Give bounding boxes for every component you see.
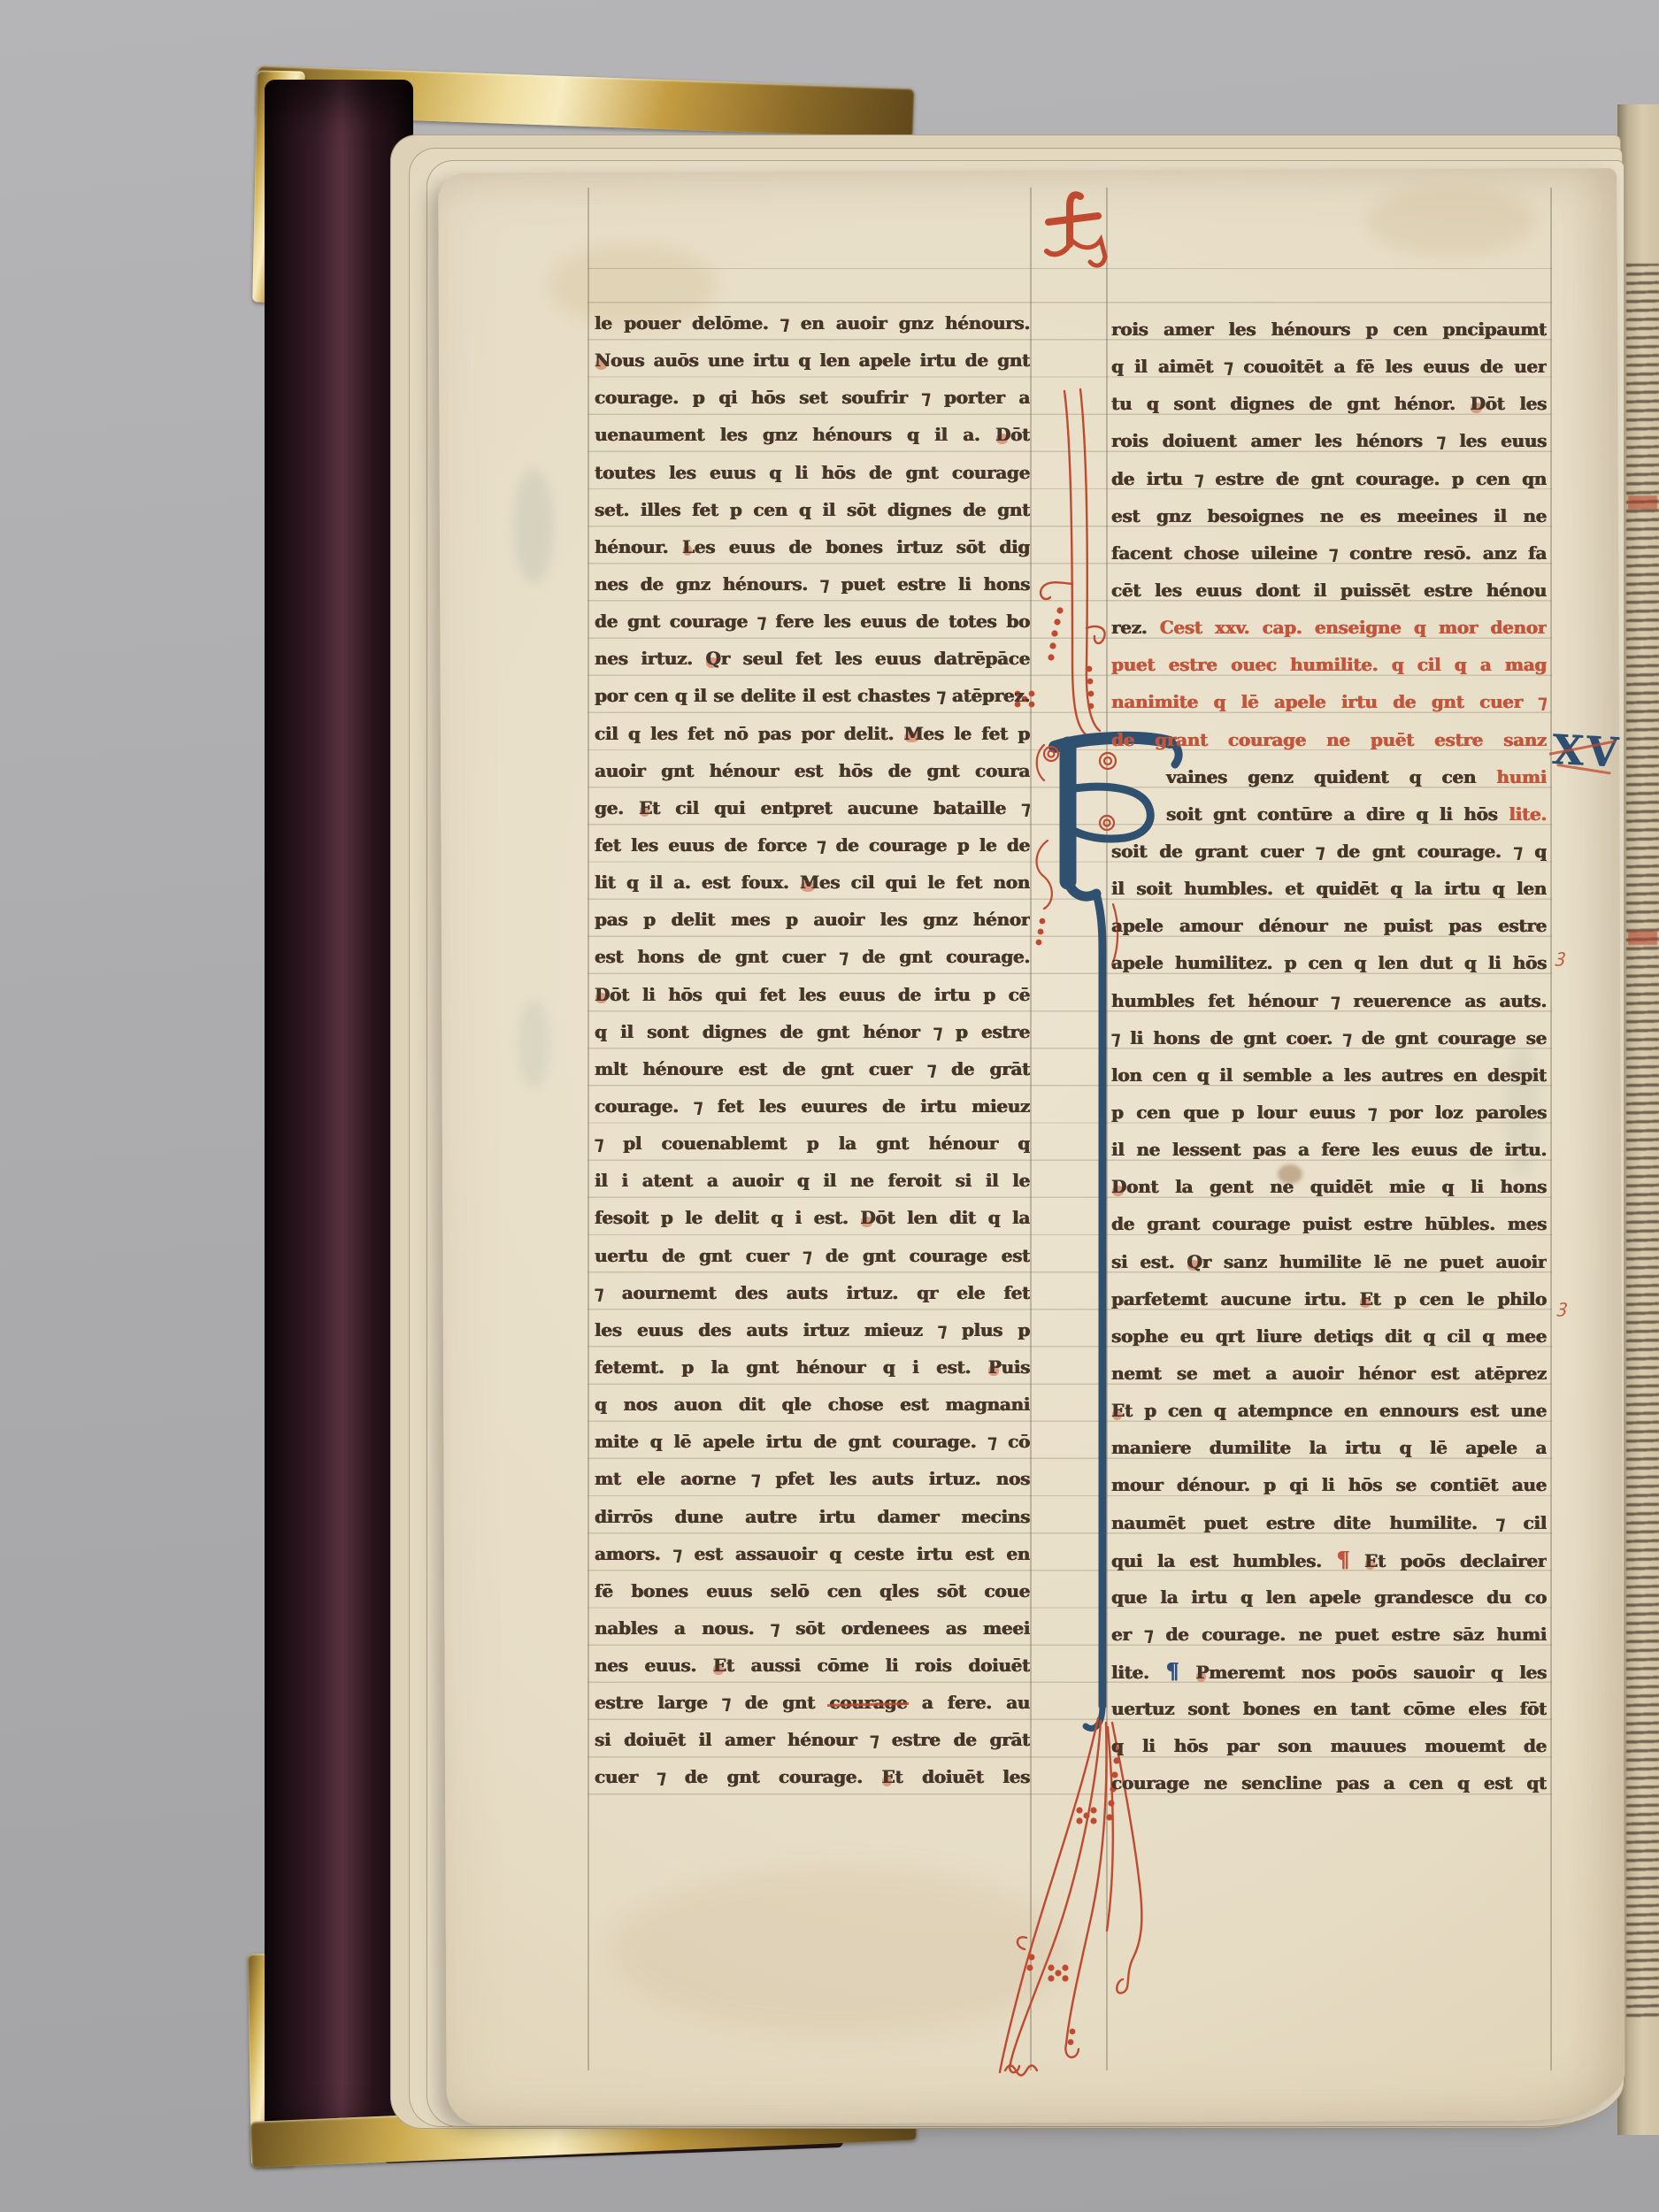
text-line: tu q sont dignes de gnt hénor. Dōt les	[1111, 385, 1547, 422]
text-line: nanimite q lē apele irtu de gnt cuer ⁊	[1111, 683, 1547, 720]
bleed-through-smudge	[518, 1000, 549, 1088]
margin-correction-mark: ꝫ	[1557, 1294, 1575, 1315]
text-line: er ⁊ de courage. ne puet estre sāz humi	[1111, 1616, 1547, 1653]
text-line: q il aimēt ⁊ couoitēt a fē les euus de u…	[1111, 348, 1547, 385]
text-line: qui la est humbles. ¶ Et poōs declairer	[1111, 1541, 1547, 1578]
text-line: lit q il a. est foux. Mes cil qui le fet…	[595, 864, 1030, 901]
text-line: nes de gnz hénours. ⁊ puet estre li hons	[595, 565, 1030, 603]
ruling-vertical-left-col-left	[588, 188, 589, 2070]
text-line: ge. Et cil qui entpret aucune bataille ⁊	[595, 789, 1030, 826]
text-line: uenaument les gnz hénours q il a. Dōt	[595, 416, 1030, 453]
text-line: cuer ⁊ de gnt courage. Et doiuēt les	[595, 1758, 1030, 1795]
text-line: rois doiuent amer les hénors ⁊ les euus	[1111, 422, 1547, 459]
text-line: Et p cen q atempnce en ennours est une	[1111, 1392, 1547, 1429]
text-line: de gnt courage ⁊ fere les euus de totes …	[595, 603, 1030, 640]
text-line: auoir gnt hénour est hōs de gnt coura	[595, 752, 1030, 789]
text-line: Dōt li hōs qui fet les euus de irtu p cē	[595, 976, 1030, 1013]
text-line: de grant courage ne puēt estre sanz	[1111, 721, 1547, 758]
text-line: ⁊ aournemt des auts irtuz. qr ele fet	[595, 1274, 1030, 1311]
text-line: parfetemt aucune irtu. Et p cen le philo	[1111, 1280, 1547, 1317]
facing-page-rubric-edge	[1628, 495, 1657, 510]
text-line: naumēt puet estre dite humilite. ⁊ cil	[1111, 1504, 1547, 1541]
text-line: p cen que p lour euus ⁊ por loz paroles	[1111, 1094, 1547, 1131]
text-line: humbles fet hénour ⁊ reuerence as auts.	[1111, 982, 1547, 1019]
text-line: toutes les euus q li hōs de gnt courage	[595, 454, 1030, 491]
text-line: ⁊ pl couenablemt p la gnt hénour q	[595, 1125, 1030, 1162]
text-line: que la irtu q len apele grandesce du co	[1111, 1578, 1547, 1616]
text-line: il ne lessent pas a fere les euus de irt…	[1111, 1131, 1547, 1168]
text-line: fet les euus de force ⁊ de courage p le …	[595, 826, 1030, 864]
text-line: soit gnt contūre a dire q li hōs lite.	[1111, 795, 1547, 833]
ruling-vertical-right-col-right	[1550, 188, 1552, 2070]
text-line: maniere dumilite la irtu q lē apele a	[1111, 1429, 1547, 1466]
text-line: mour dénour. p qi li hōs se contiēt aue	[1111, 1466, 1547, 1503]
text-line: les euus des auts irtuz mieuz ⁊ plus p	[595, 1311, 1030, 1348]
text-line: fē bones euus selō cen qles sōt coue	[595, 1572, 1030, 1609]
text-line: il soit humbles. et quidēt q la irtu q l…	[1111, 870, 1547, 907]
text-line: fetemt. p la gnt hénour q i est. Puis	[595, 1348, 1030, 1386]
text-line: nes euus. Et aussi cōme li rois doiuēt	[595, 1647, 1030, 1684]
text-line: mt ele aorne ⁊ pfet les auts irtuz. nos	[595, 1460, 1030, 1497]
text-column-left: le pouer delōme. ⁊ en auoir gnz hénours.…	[595, 304, 1030, 1796]
text-line: cil q les fet nō pas por delit. Mes le f…	[595, 715, 1030, 752]
text-line: uertuz sont bones en tant cōme eles fōt	[1111, 1690, 1547, 1727]
text-line: dirrōs dune autre irtu damer mecins	[595, 1498, 1030, 1535]
text-line: courage. ⁊ fet les euures de irtu mieuz	[595, 1087, 1030, 1125]
chapter-number-margin: XV	[1551, 726, 1628, 780]
text-line: q il sont dignes de gnt hénor ⁊ p estre	[595, 1013, 1030, 1050]
text-line: nemt se met a auoir hénor est atēprez	[1111, 1355, 1547, 1392]
text-line: por cen q il se delite il est chastes ⁊ …	[595, 677, 1030, 714]
text-line: rez. Cest xxv. cap. enseigne q mor denor	[1111, 609, 1547, 646]
text-line: est hons de gnt cuer ⁊ de gnt courage.	[595, 938, 1030, 975]
margin-correction-mark: ꝫ	[1555, 943, 1573, 964]
text-line: facent chose uileine ⁊ contre resō. anz …	[1111, 534, 1547, 572]
text-line: de grant courage puist estre hūbles. mes	[1111, 1205, 1547, 1242]
text-line: estre large ⁊ de gnt courage a fere. au	[595, 1684, 1030, 1721]
text-line: Nous auōs une irtu q len apele irtu de g…	[595, 342, 1030, 379]
text-line: rois amer les hénours p cen pncipaumt	[1111, 311, 1547, 348]
text-line: courage ne sencline pas a cen q est qt	[1111, 1764, 1547, 1801]
bleed-through-smudge	[513, 469, 554, 584]
facing-page-text-edge	[1626, 264, 1659, 2020]
text-column-right: rois amer les hénours p cen pncipaumtq i…	[1111, 311, 1547, 1802]
text-line: lon cen q il semble a les autres en desp…	[1111, 1056, 1547, 1094]
text-line: Dont la gent ne quidēt mie q li hons	[1111, 1168, 1547, 1205]
text-line: amors. ⁊ est assauoir q ceste irtu est e…	[595, 1535, 1030, 1572]
text-line: set. illes fet p cen q il sōt dignes de …	[595, 491, 1030, 528]
text-line: ⁊ li hons de gnt coer. ⁊ de gnt courage …	[1111, 1019, 1547, 1056]
text-line: sophe eu qrt liure detiqs dit q cil q me…	[1111, 1317, 1547, 1355]
text-line: si doiuēt il amer hénour ⁊ estre de grāt	[595, 1721, 1030, 1758]
text-line: mite q lē apele irtu de gnt courage. ⁊ c…	[595, 1423, 1030, 1460]
quire-mark-icon	[1047, 195, 1105, 265]
text-line: si est. Qr sanz humilite lē ne puet auoi…	[1111, 1243, 1547, 1280]
text-line: uertu de gnt cuer ⁊ de gnt courage est	[595, 1237, 1030, 1274]
text-line: nes irtuz. Qr seul fet les euus datrēpāc…	[595, 640, 1030, 677]
facing-page-rubric-edge	[1628, 931, 1657, 945]
text-line: q nos auon dit qle chose est magnani	[595, 1386, 1030, 1423]
text-line: mlt hénoure est de gnt cuer ⁊ de grāt	[595, 1050, 1030, 1087]
text-line: fesoit p le delit q i est. Dōt len dit q…	[595, 1199, 1030, 1236]
text-line: est gnz besoignes ne es meeines il ne	[1111, 497, 1547, 534]
text-line: q li hōs par son mauues mouemt de	[1111, 1727, 1547, 1764]
text-line: apele amour dénour ne puist pas estre	[1111, 907, 1547, 944]
text-line: puet estre ouec humilite. q cil q a mag	[1111, 646, 1547, 683]
text-line: de irtu ⁊ estre de gnt courage. p cen qn	[1111, 460, 1547, 497]
text-line: vaines genz quident q cen humi	[1111, 758, 1547, 795]
text-line: il i atent a auoir q il ne feroit si il …	[595, 1162, 1030, 1199]
text-line: apele humilitez. p cen q len dut q li hō…	[1111, 944, 1547, 981]
text-line: nables a nous. ⁊ sōt ordenees as meei	[595, 1609, 1030, 1647]
text-line: courage. p qi hōs set soufrir ⁊ porter a	[595, 379, 1030, 416]
text-line: lite. ¶ Pmeremt nos poōs sauoir q les	[1111, 1653, 1547, 1690]
text-line: pas p delit mes p auoir les gnz hénor	[595, 901, 1030, 938]
text-line: soit de grant cuer ⁊ de gnt courage. ⁊ q	[1111, 833, 1547, 870]
text-line: cēt les euus dont il puissēt estre hénou	[1111, 572, 1547, 609]
text-line: le pouer delōme. ⁊ en auoir gnz hénours.	[595, 304, 1030, 342]
text-line: hénour. Les euus de bones irtuz sōt dig	[595, 528, 1030, 565]
